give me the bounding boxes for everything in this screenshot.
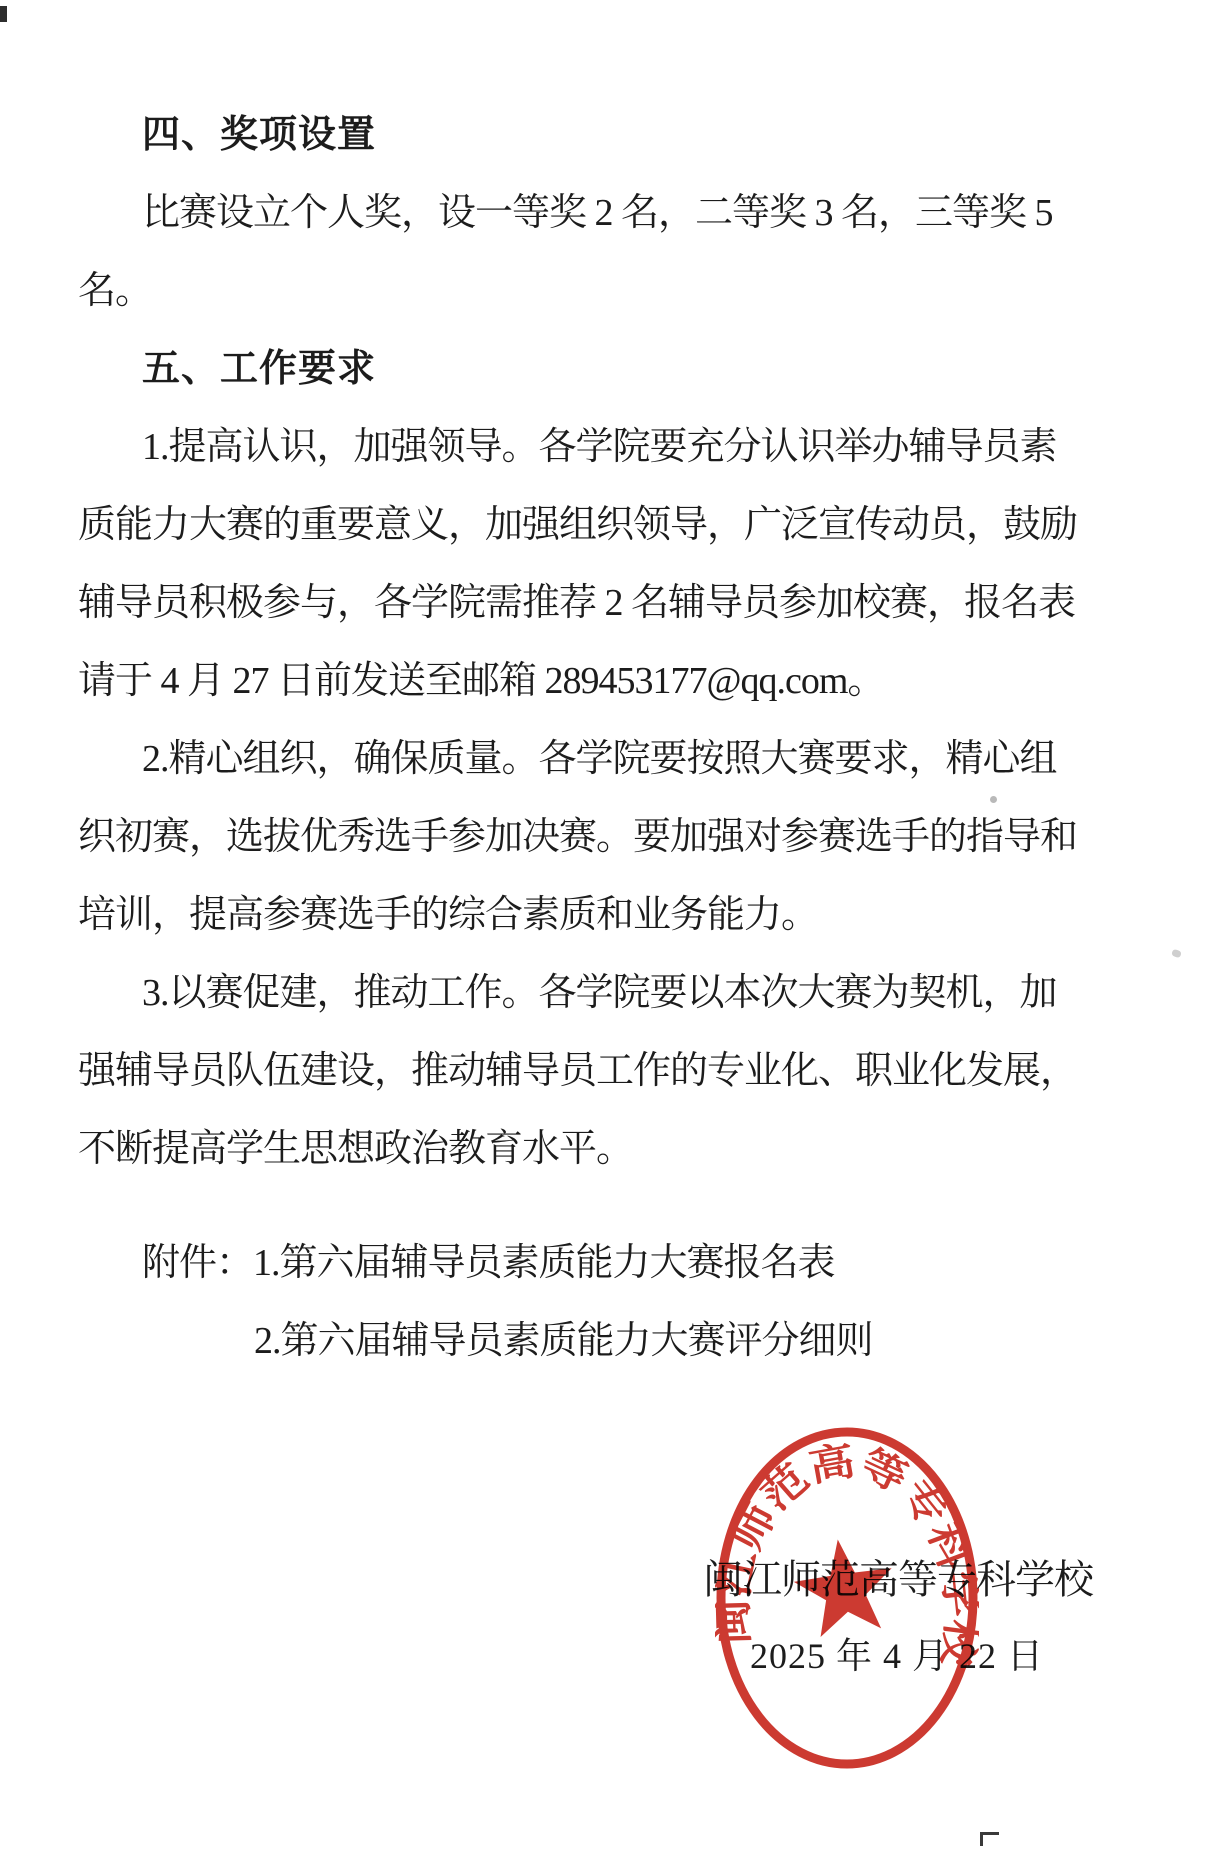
doc-line-point2-2: 织初赛，选拔优秀选手参加决赛。要加强对参赛选手的指导和 <box>78 798 958 876</box>
scan-artifact-corner-mark <box>980 1832 999 1846</box>
doc-line-awards-1: 比赛设立个人奖，设一等奖 2 名，二等奖 3 名，三等奖 5 <box>78 174 958 252</box>
scanned-notice-page: 四、奖项设置 比赛设立个人奖，设一等奖 2 名，二等奖 3 名，三等奖 5 名。… <box>0 0 1217 1854</box>
doc-line-point1-1: 1.提高认识，加强领导。各学院要充分认识举办辅导员素 <box>78 408 958 486</box>
doc-line-point1-2: 质能力大赛的重要意义，加强组织领导，广泛宣传动员，鼓励 <box>78 486 958 564</box>
attachment-line-2: 2.第六届辅导员素质能力大赛评分细则 <box>78 1302 958 1380</box>
section-heading-work-requirements: 五、工作要求 <box>78 330 958 408</box>
scan-artifact-speck <box>0 6 7 22</box>
doc-line-point1-email: 请于 4 月 27 日前发送至邮箱 289453177@qq.com。 <box>78 642 958 720</box>
signature-date: 2025 年 4 月 22 日 <box>750 1628 1044 1679</box>
scan-artifact-speck <box>990 796 997 803</box>
document-body: 四、奖项设置 比赛设立个人奖，设一等奖 2 名，二等奖 3 名，三等奖 5 名。… <box>78 96 958 1380</box>
signature-school-name: 闽江师范高等专科学校 <box>703 1548 1093 1605</box>
section-heading-awards: 四、奖项设置 <box>78 96 958 174</box>
doc-line-point3-1: 3.以赛促建，推动工作。各学院要以本次大赛为契机，加 <box>78 954 958 1032</box>
doc-line-point1-3: 辅导员积极参与，各学院需推荐 2 名辅导员参加校赛，报名表 <box>78 564 958 642</box>
doc-line-point3-3: 不断提高学生思想政治教育水平。 <box>78 1110 958 1188</box>
scan-artifact-speck <box>1171 949 1182 959</box>
attachment-line-1: 附件：1.第六届辅导员素质能力大赛报名表 <box>78 1224 958 1302</box>
doc-line-point3-2: 强辅导员队伍建设，推动辅导员工作的专业化、职业化发展， <box>78 1032 958 1110</box>
doc-line-awards-2: 名。 <box>78 252 958 330</box>
doc-line-point2-3: 培训，提高参赛选手的综合素质和业务能力。 <box>78 876 958 954</box>
doc-line-point2-1: 2.精心组织，确保质量。各学院要按照大赛要求，精心组 <box>78 720 958 798</box>
